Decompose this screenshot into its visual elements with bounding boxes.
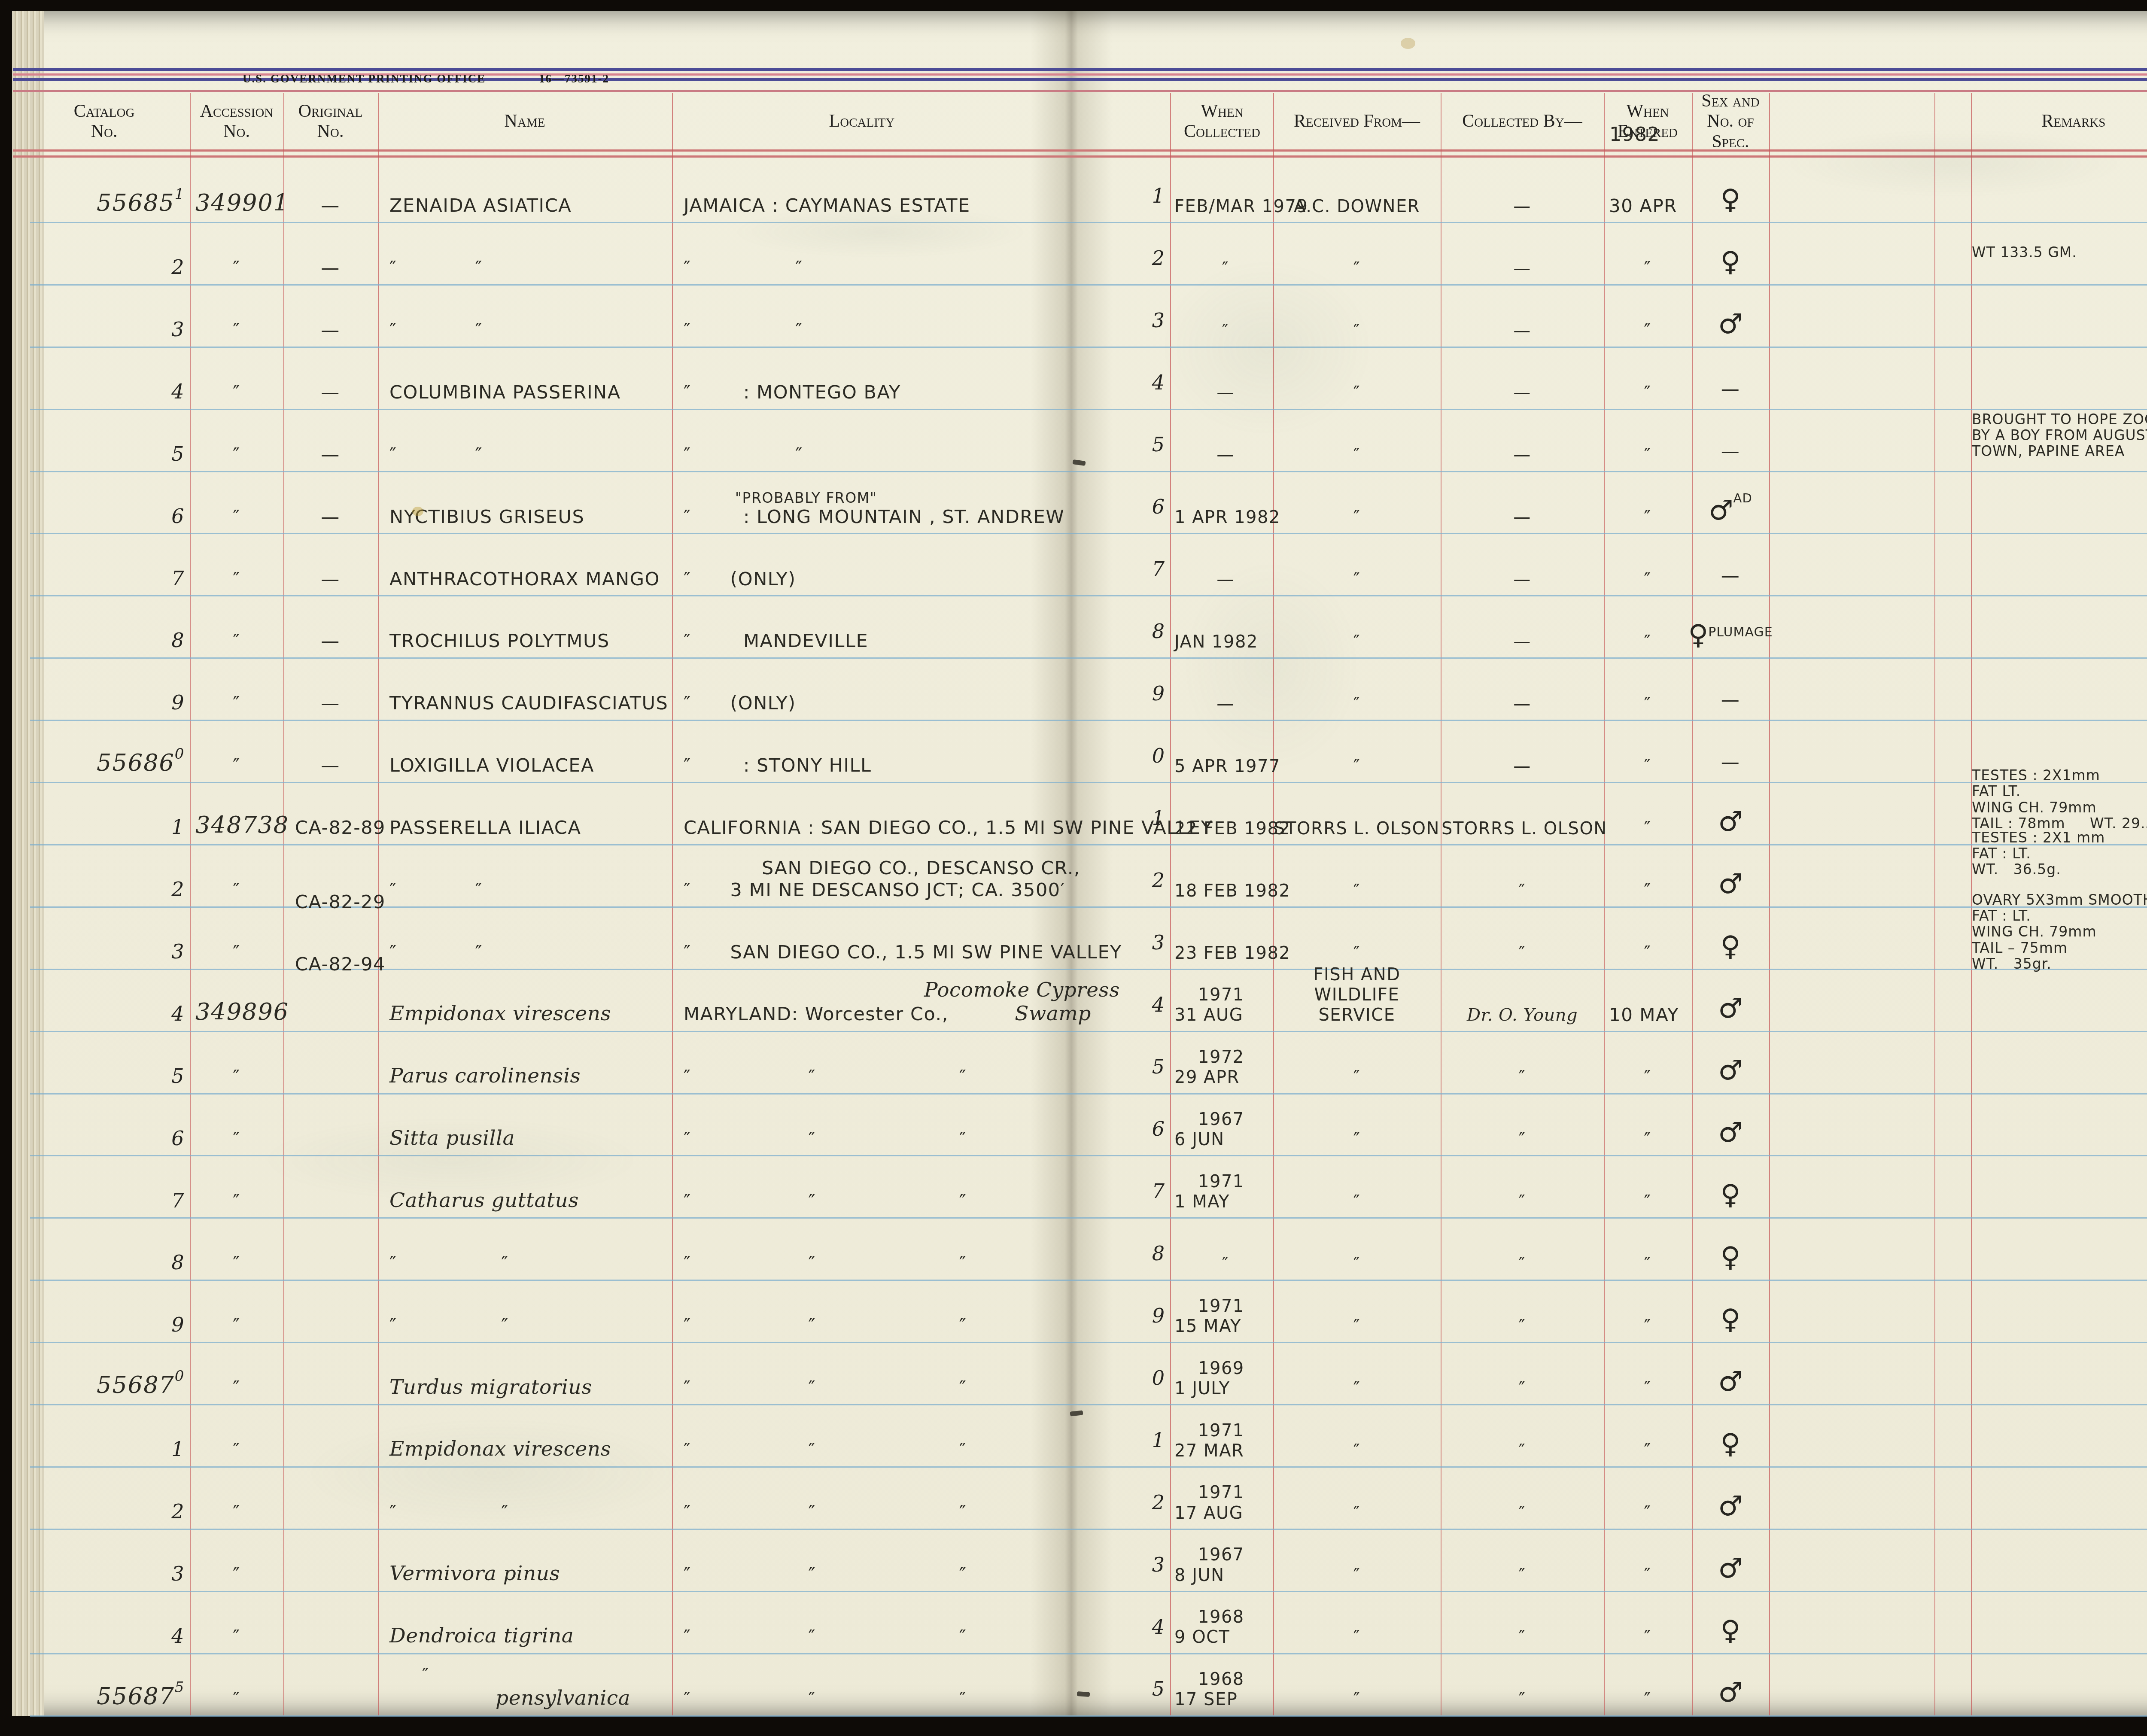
cell-received-from: ″ (1274, 906, 1440, 969)
cell-original: — (284, 533, 377, 595)
cell-catalog: 3 (24, 1529, 208, 1591)
cell-received-from-line: SERVICE (1274, 1005, 1440, 1025)
cell-row-number-right: 3 (1099, 284, 1172, 347)
cell-accession: ″ (191, 347, 282, 409)
cell-locality-line: ″ ″ ″ (684, 1688, 1143, 1710)
cell-when-collected: — (1171, 533, 1277, 595)
row-number: 1 (1152, 184, 1165, 207)
catalog-number: 55685 (97, 189, 175, 216)
cell-original (284, 1404, 387, 1466)
cell-when-collected-line: FEB/MAR 1979 (1174, 197, 1277, 217)
cell-sex: — (1693, 409, 1768, 471)
cell-locality: SAN DIEGO CO., DESCANSO CR.,″ 3 MI NE DE… (673, 844, 1143, 906)
row-number: 7 (1152, 557, 1165, 581)
cell-name: Parus carolinensis (379, 1031, 681, 1093)
column-header: CatalogNo. (24, 94, 185, 149)
cell-when-collected-line: 1967 (1174, 1110, 1277, 1130)
cell-catalog: 6 (24, 1093, 208, 1155)
ledger-row: 2″CA-82-29″ ″ SAN DIEGO CO., DESCANSO CR… (0, 844, 2147, 906)
sex-symbol: ♂ (1718, 806, 1743, 838)
cell-name: ″ ″ (379, 1280, 681, 1342)
cell-name-line: TROCHILUS POLYTMUS (389, 630, 681, 652)
column-header-line: Spec. (1693, 132, 1768, 152)
cell-when-collected-line: ″ (1174, 321, 1277, 341)
ledger-row: 6″—NYCTIBIUS GRISEUS "PROBABLY FROM"″ : … (0, 471, 2147, 533)
sex-symbol: ♂ (1718, 1117, 1743, 1149)
cell-original-line: — (284, 693, 377, 714)
cell-received-from: ″ (1274, 1280, 1440, 1342)
remark-line: WING CH. 79mm (1972, 800, 2147, 815)
cell-when-collected: 196817 SEP (1171, 1653, 1277, 1715)
ledger-row: 3″CA-82-94″ ″″ SAN DIEGO CO., 1.5 MI SW … (0, 906, 2147, 969)
header-bottom-rule (13, 149, 2147, 159)
cell-received-from-line: ″ (1274, 1690, 1440, 1710)
cell-collected-by-line: STORRS L. OLSON (1441, 819, 1603, 839)
cell-when-collected-line: 1969 (1174, 1359, 1277, 1379)
cell-sex: ♂ (1693, 1031, 1768, 1093)
cell-received-from-line: ″ (1274, 321, 1440, 341)
cell-locality: ″ ″ ″ (673, 1466, 1143, 1529)
cell-locality-line: ″ ″ (684, 319, 1143, 341)
cell-sex: — (1693, 720, 1768, 782)
cell-name: Empidonax virescens (379, 969, 681, 1031)
cell-locality: ″ ″ ″ (673, 1280, 1143, 1342)
cell-locality: ″ (ONLY) (673, 657, 1143, 720)
cell-locality: Pocomoke CypressMARYLAND: Worcester Co.,… (673, 969, 1143, 1031)
sex-symbol: ♂ (1718, 1553, 1743, 1584)
cell-name: TYRANNUS CAUDIFASCIATUS (379, 657, 681, 720)
cell-catalog: 7 (24, 533, 208, 595)
row-number: 5 (1152, 1055, 1165, 1078)
cell-accession: ″ (191, 1217, 282, 1280)
remark-line: BY A BOY FROM AUGUST (1972, 427, 2147, 443)
cell-sex: ♀ (1693, 160, 1768, 222)
cell-when-collected: 22 FEB 1982 (1171, 782, 1277, 844)
cell-when-entered: 10 MAY (1605, 969, 1691, 1031)
row-number: 4 (1152, 993, 1165, 1016)
cell-received-from: ″ (1274, 657, 1440, 720)
row-number: 0 (175, 1368, 185, 1385)
cell-collected-by-line: Dr. O. Young (1441, 1005, 1603, 1025)
column-header-line: Entered (1605, 122, 1691, 142)
row-number: 6 (171, 505, 185, 528)
cell-when-collected: 197131 AUG (1171, 969, 1277, 1031)
cell-locality-line: ″ ″ ″ (684, 1066, 1143, 1088)
cell-when-entered: ″ (1605, 1529, 1691, 1591)
cell-when-collected-line: 6 JUN (1174, 1130, 1277, 1150)
cell-sex: ♀ (1693, 1217, 1768, 1280)
cell-when-collected: ″ (1171, 284, 1277, 347)
cell-when-entered: ″ (1605, 1404, 1691, 1466)
sex-symbol: ♂ (1718, 868, 1743, 900)
cell-name: LOXIGILLA VIOLACEA (379, 720, 681, 782)
cell-name-line: LOXIGILLA VIOLACEA (389, 755, 681, 777)
row-number: 6 (1152, 495, 1165, 518)
cell-original-line: — (284, 382, 377, 404)
row-number: 2 (171, 1500, 185, 1523)
row-number: 8 (1152, 1242, 1165, 1265)
cell-collected-by-line: ″ (1441, 1627, 1603, 1648)
cell-sex: ♀ (1693, 1280, 1768, 1342)
cell-original: — (284, 347, 377, 409)
sex-symbol: ♀ (1721, 1615, 1741, 1647)
cell-row-number-right: 3 (1099, 1529, 1172, 1591)
cell-name: ″ ″ (379, 284, 681, 347)
cell-collected-by: Dr. O. Young (1441, 969, 1603, 1031)
cell-when-collected-line: — (1174, 445, 1277, 465)
cell-row-number-right: 9 (1099, 657, 1172, 720)
cell-collected-by: ″ (1441, 1093, 1603, 1155)
cell-locality: ″ ″ ″ (673, 1217, 1143, 1280)
ledger-row: 6″Sitta pusilla″ ″ ″619676 JUN″″″♂ (0, 1093, 2147, 1155)
row-number: 4 (1152, 371, 1165, 394)
cell-collected-by: ″ (1441, 1217, 1603, 1280)
row-number: 3 (1152, 309, 1165, 332)
cell-collected-by: — (1441, 533, 1603, 595)
row-number: 7 (171, 1189, 185, 1212)
remark-line: WT. 35gr. (1972, 956, 2147, 972)
cell-when-collected: FEB/MAR 1979 (1171, 160, 1277, 222)
cell-locality-line: ″ ″ ″ (684, 1377, 1143, 1399)
cell-locality-line: ″ ″ ″ (684, 1253, 1143, 1274)
cell-received-from-line: ″ (1274, 1503, 1440, 1523)
column-header-line: Accession (191, 101, 282, 122)
sex-symbol: — (1721, 689, 1740, 711)
row-number: 3 (1152, 1553, 1165, 1576)
cell-locality: JAMAICA : CAYMANAS ESTATE (673, 160, 1143, 222)
row-number: 9 (171, 691, 185, 714)
cell-accession: 349901 (191, 160, 282, 222)
sex-symbol: ♂ (1718, 308, 1743, 340)
cell-original: — (284, 657, 377, 720)
cell-name: Empidonax virescens (379, 1404, 681, 1466)
cell-original (284, 1217, 387, 1280)
cell-received-from: ″ (1274, 1217, 1440, 1280)
cell-collected-by: ″ (1441, 1404, 1603, 1466)
remark-line: TOWN, PAPINE AREA (1972, 443, 2147, 459)
cell-locality: "PROBABLY FROM"″ : LONG MOUNTAIN , ST. A… (673, 471, 1143, 533)
cell-remarks: TESTES : 2X1 mmFAT : LT.WT. 36.5g. (1972, 830, 2147, 878)
cell-when-collected-line: 5 APR 1977 (1174, 757, 1277, 777)
column-header-line: No. of (1693, 111, 1768, 131)
cell-name-line: Turdus migratorius (389, 1375, 681, 1399)
cell-original: — (284, 222, 377, 284)
cell-collected-by-line: ″ (1441, 943, 1603, 964)
column-header-line: Catalog (24, 101, 185, 122)
cell-received-from: FISH ANDWILDLIFESERVICE (1274, 969, 1440, 1031)
cell-row-number-right: 2 (1099, 844, 1172, 906)
cell-row-number-right: 5 (1099, 409, 1172, 471)
cell-catalog: 3 (24, 906, 208, 969)
cell-when-entered: ″ (1605, 1093, 1691, 1155)
cell-catalog: 4 (24, 1591, 208, 1653)
cell-received-from-line: ″ (1274, 259, 1440, 279)
cell-original: CA-82-29 (284, 844, 387, 906)
sex-note: PLUMAGE (1708, 625, 1773, 640)
cell-when-entered: ″ (1605, 1466, 1691, 1529)
row-number: 8 (171, 1251, 185, 1274)
column-header: Collected By— (1441, 94, 1603, 149)
column-header: WhenCollected (1171, 94, 1273, 149)
cell-collected-by-line: ″ (1441, 1503, 1603, 1523)
cell-name: Sitta pusilla (379, 1093, 681, 1155)
cell-sex: ♂AD (1693, 471, 1768, 533)
column-header-line: When (1605, 101, 1691, 122)
cell-when-collected-line: 1972 (1174, 1047, 1277, 1067)
cell-locality-line: JAMAICA : CAYMANAS ESTATE (684, 195, 1143, 217)
cell-received-from: ″ (1274, 1591, 1440, 1653)
row-number: 1 (1152, 1429, 1165, 1452)
cell-accession: ″ (191, 533, 282, 595)
cell-when-collected-line: ″ (1174, 259, 1277, 279)
cell-original (284, 1093, 387, 1155)
cell-name-line: ″ ″ (389, 1253, 681, 1274)
cell-when-collected: 18 FEB 1982 (1171, 844, 1277, 906)
cell-received-from-line: ″ (1274, 1130, 1440, 1150)
row-number: 0 (175, 745, 185, 763)
cell-catalog: 8 (24, 595, 208, 657)
sex-note: AD (1733, 491, 1752, 505)
ledger-row: 7″Catharus guttatus″ ″ ″719711 MAY″″″♀ (0, 1155, 2147, 1217)
cell-received-from: ″ (1274, 720, 1440, 782)
column-header: Received From— (1274, 94, 1440, 149)
ledger-row: 8″—TROCHILUS POLYTMUS″ MANDEVILLE8JAN 19… (0, 595, 2147, 657)
cell-collected-by-line: — (1441, 321, 1603, 341)
cell-row-number-right: 2 (1099, 1466, 1172, 1529)
cell-locality-line: ″ : STONY HILL (684, 755, 1143, 777)
cell-received-from: ″ (1274, 1093, 1440, 1155)
staple (1077, 1691, 1090, 1697)
cell-when-entered: ″ (1605, 844, 1691, 906)
cell-received-from-line: ″ (1274, 508, 1440, 528)
remark-line: BROUGHT TO HOPE ZOO (1972, 411, 2147, 427)
cell-name-line: ″ ″ (389, 1315, 681, 1337)
ledger-row: 3″Vermivora pinus″ ″ ″319678 JUN″″″♂ (0, 1529, 2147, 1591)
cell-when-collected-line: 1967 (1174, 1545, 1277, 1565)
cell-sex: ♀ (1693, 906, 1768, 969)
cell-collected-by: — (1441, 222, 1603, 284)
row-number: 0 (1152, 744, 1165, 767)
row-number: 8 (1152, 620, 1165, 643)
cell-catalog: 9 (24, 657, 208, 720)
cell-row-number-right: 1 (1099, 1404, 1172, 1466)
cell-when-entered: ″ (1605, 657, 1691, 720)
cell-when-entered: ″ (1605, 471, 1691, 533)
cell-collected-by: — (1441, 657, 1603, 720)
cell-name: TROCHILUS POLYTMUS (379, 595, 681, 657)
ledger-row: 556875″ ″ pensylvanica″ ″ ″5196817 SEP″″… (0, 1653, 2147, 1715)
cell-name: ZENAIDA ASIATICA (379, 160, 681, 222)
cell-collected-by: ″ (1441, 1529, 1603, 1591)
sex-symbol: ♂ (1718, 1366, 1743, 1398)
cell-collected-by-line: ″ (1441, 1379, 1603, 1399)
row-number: 0 (1152, 1366, 1165, 1389)
cell-when-entered: ″ (1605, 1155, 1691, 1217)
cell-accession: ″ (191, 284, 282, 347)
cell-name-line: Empidonax virescens (389, 1002, 681, 1025)
form-number: 16—73591-2 (539, 72, 609, 85)
cell-name-line: Catharus guttatus (389, 1189, 681, 1212)
cell-when-collected-line: 18 FEB 1982 (1174, 881, 1277, 901)
cell-collected-by: ″ (1441, 1466, 1603, 1529)
column-header: Remarks (1972, 94, 2147, 149)
cell-when-collected: 19678 JUN (1171, 1529, 1277, 1591)
cell-received-from-line: FISH AND (1274, 965, 1440, 985)
cell-catalog: 4 (24, 347, 208, 409)
cell-received-from-line: WILDLIFE (1274, 985, 1440, 1005)
cell-original (284, 1031, 387, 1093)
catalog-number: 55687 (97, 1683, 175, 1710)
cell-accession: ″ (191, 471, 282, 533)
row-number: 2 (171, 255, 185, 279)
cell-accession: ″ (191, 657, 282, 720)
cell-original-line: — (284, 257, 377, 279)
cell-catalog: 556851 (24, 160, 208, 222)
cell-name-line: ″ ″ (389, 942, 681, 964)
cell-name-line: pensylvanica (389, 1686, 681, 1710)
cell-locality-line: ″ 3 MI NE DESCANSO JCT; CA. 3500′ (684, 879, 1143, 901)
cell-collected-by: — (1441, 595, 1603, 657)
remark-line: FAT : LT. (1972, 845, 2147, 861)
cell-original (284, 1280, 387, 1342)
cell-when-collected-line: 1971 (1174, 1296, 1277, 1316)
cell-catalog: 5 (24, 1031, 208, 1093)
cell-name-line: Dendroica tigrina (389, 1624, 681, 1648)
cell-name: NYCTIBIUS GRISEUS (379, 471, 681, 533)
cell-locality-line: ″ : MONTEGO BAY (684, 382, 1143, 404)
cell-when-collected-line: 1 APR 1982 (1174, 508, 1277, 528)
ledger-row: 556860″—LOXIGILLA VIOLACEA″ : STONY HILL… (0, 720, 2147, 782)
cell-original (284, 1591, 387, 1653)
cell-when-entered: ″ (1605, 1342, 1691, 1404)
column-header-line: Received From— (1274, 111, 1440, 131)
cell-row-number-right: 8 (1099, 595, 1172, 657)
cell-when-collected-line: ″ (1174, 1254, 1277, 1274)
cell-when-entered: ″ (1605, 782, 1691, 844)
cell-sex: ♀ (1693, 1155, 1768, 1217)
cell-accession: ″ (191, 720, 282, 782)
cell-collected-by: ″ (1441, 844, 1603, 906)
cell-received-from-line: ″ (1274, 1316, 1440, 1337)
cell-received-from-line: ″ (1274, 1067, 1440, 1088)
cell-received-from: ″ (1274, 1529, 1440, 1591)
cell-sex: — (1693, 533, 1768, 595)
cell-catalog: 556870 (24, 1342, 208, 1404)
ledger-row: 556870″Turdus migratorius″ ″ ″019691 JUL… (0, 1342, 2147, 1404)
cell-name: ANTHRACOTHORAX MANGO (379, 533, 681, 595)
cell-locality-line: CALIFORNIA : SAN DIEGO CO., 1.5 MI SW PI… (684, 817, 1143, 839)
row-number: 3 (1152, 931, 1165, 954)
cell-received-from-line: ″ (1274, 445, 1440, 465)
cell-received-from-line: ″ (1274, 943, 1440, 964)
sex-symbol: ♂ (1709, 495, 1733, 526)
cell-catalog: 2 (24, 844, 208, 906)
sex-symbol: ♂ (1718, 1677, 1743, 1709)
column-header-line: Original (284, 101, 377, 122)
cell-when-collected: 197229 APR (1171, 1031, 1277, 1093)
cell-when-collected-line: 1971 (1174, 985, 1277, 1005)
row-number: 5 (171, 442, 185, 465)
cell-catalog: 3 (24, 284, 208, 347)
cell-collected-by-line: — (1441, 197, 1603, 217)
cell-locality-line: "PROBABLY FROM" (684, 490, 1143, 506)
cell-when-collected-line: JAN 1982 (1174, 632, 1277, 652)
remark-line: TESTES : 2X1 mm (1972, 830, 2147, 845)
cell-when-entered: ″ (1605, 906, 1691, 969)
cell-when-collected: 19676 JUN (1171, 1093, 1277, 1155)
cell-when-collected: 5 APR 1977 (1171, 720, 1277, 782)
cell-row-number-right: 7 (1099, 533, 1172, 595)
cell-name-line: ″ ″ (389, 1502, 681, 1523)
cell-original (284, 1155, 387, 1217)
cell-sex: ♀ (1693, 1404, 1768, 1466)
cell-when-collected: 23 FEB 1982 (1171, 906, 1277, 969)
row-number: 4 (171, 380, 185, 403)
cell-original-line: — (284, 755, 377, 777)
cell-collected-by: ″ (1441, 1342, 1603, 1404)
cell-remarks: WT 133.5 GM. (1972, 244, 2147, 260)
cell-sex: ♂ (1693, 844, 1768, 906)
cell-when-collected-line: 1 MAY (1174, 1192, 1277, 1212)
column-header-line: No. (284, 122, 377, 142)
cell-locality: ″ (ONLY) (673, 533, 1143, 595)
cell-locality: CALIFORNIA : SAN DIEGO CO., 1.5 MI SW PI… (673, 782, 1143, 844)
row-number: 8 (171, 629, 185, 652)
cell-catalog: 556860 (24, 720, 208, 782)
cell-when-collected: 197115 MAY (1171, 1280, 1277, 1342)
cell-remarks: TESTES : 2X1mmFAT LT.WING CH. 79mmTAIL :… (1972, 767, 2147, 831)
ledger-row: 3″—″ ″″ ″3″″—″♂ (0, 284, 2147, 347)
row-number: 7 (1152, 1180, 1165, 1203)
cell-received-from-line: ″ (1274, 1379, 1440, 1399)
cell-original-line: — (284, 319, 377, 341)
cell-catalog: 6 (24, 471, 208, 533)
cell-locality: ″ ″ ″ (673, 1031, 1143, 1093)
row-number: 6 (1152, 1117, 1165, 1140)
cell-when-collected-line: 8 JUN (1174, 1566, 1277, 1586)
row-number: 2 (171, 878, 185, 901)
cell-catalog: 1 (24, 1404, 208, 1466)
sex-symbol: ♂ (1718, 1055, 1743, 1086)
cell-name-line: ″ ″ (389, 444, 681, 466)
cell-name: Turdus migratorius (379, 1342, 681, 1404)
cell-locality-line: ″ ″ ″ (684, 1128, 1143, 1150)
cell-received-from: ″ (1274, 347, 1440, 409)
cell-when-collected: — (1171, 409, 1277, 471)
cell-when-collected-line: 1971 (1174, 1483, 1277, 1503)
row-number: 9 (1152, 1304, 1165, 1327)
column-header-line: Remarks (1972, 111, 2147, 131)
cell-accession: ″ (191, 906, 282, 969)
cell-name: Catharus guttatus (379, 1155, 681, 1217)
cell-when-collected: ″ (1171, 1217, 1277, 1280)
cell-received-from-line: ″ (1274, 1441, 1440, 1461)
column-header: AccessionNo. (191, 94, 282, 149)
cell-collected-by-line: — (1441, 757, 1603, 777)
cell-sex: ♂ (1693, 1466, 1768, 1529)
cell-catalog: 556875 (24, 1653, 208, 1715)
cell-when-collected: — (1171, 657, 1277, 720)
sex-symbol: ♂ (1718, 993, 1743, 1025)
cell-row-number-right: 7 (1099, 1155, 1172, 1217)
row-number: 9 (171, 1313, 185, 1336)
row-number: 2 (1152, 246, 1165, 270)
cell-locality-line: ″ (ONLY) (684, 569, 1143, 590)
cell-name-line: ″ ″ (389, 319, 681, 341)
cell-when-collected-line: 15 MAY (1174, 1316, 1277, 1337)
cell-accession: ″ (191, 1591, 282, 1653)
remark-line: TESTES : 2X1mm (1972, 767, 2147, 783)
